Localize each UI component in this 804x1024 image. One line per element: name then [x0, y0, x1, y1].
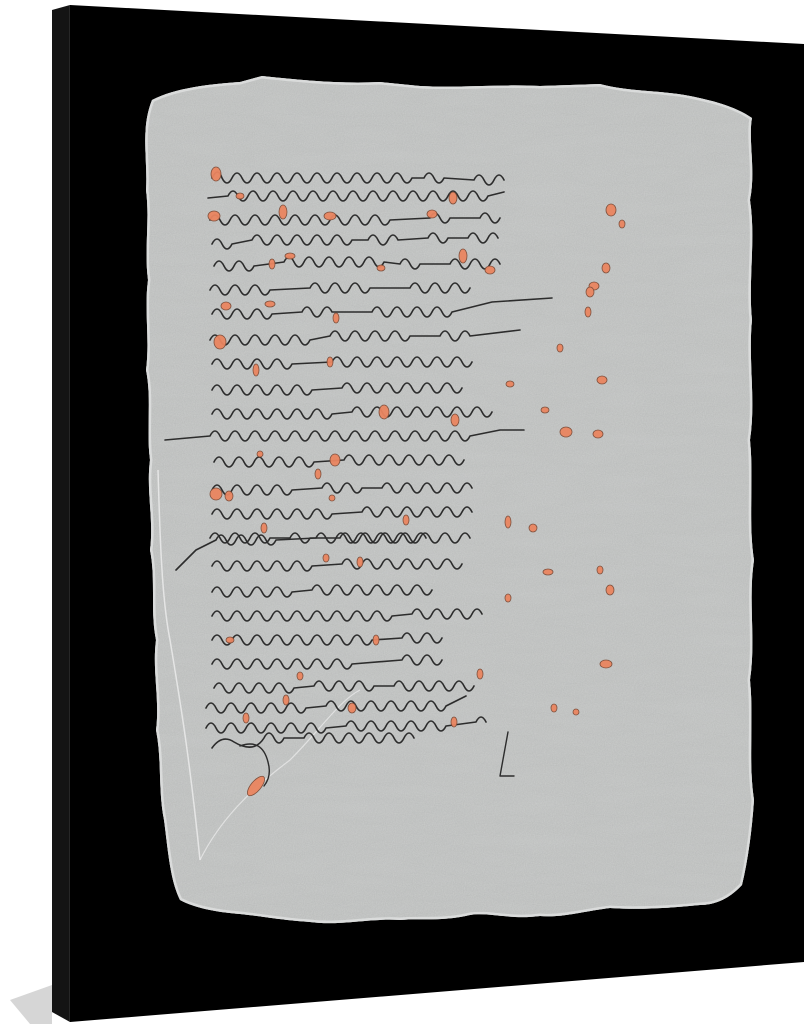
canvas-print-photo: [0, 0, 804, 1024]
canvas-side-face: [52, 5, 70, 1022]
artwork-svg: [0, 0, 804, 1024]
canvas-shadow: [10, 985, 52, 1024]
